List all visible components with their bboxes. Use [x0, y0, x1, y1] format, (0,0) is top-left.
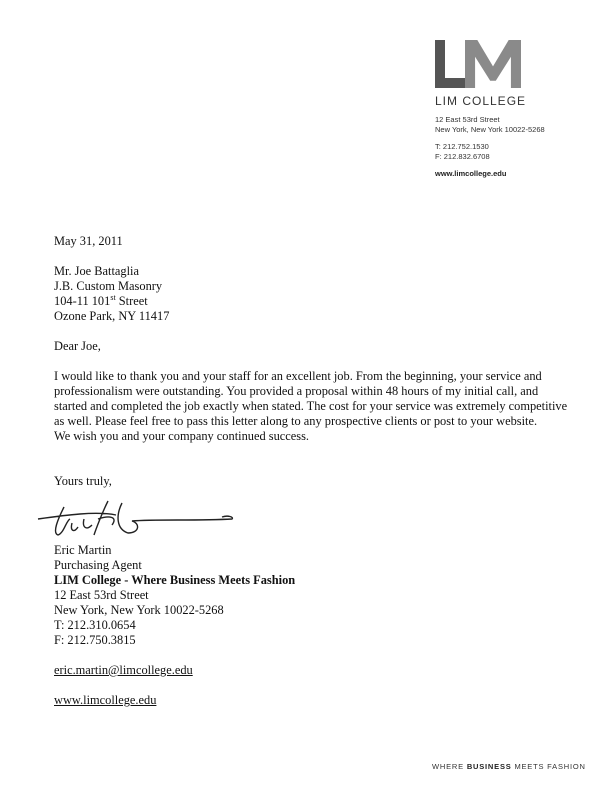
- letterhead-address-2: New York, New York 10022-5268: [435, 125, 585, 135]
- body-line: as well. Please feel free to pass this l…: [54, 414, 574, 429]
- sender-name: Eric Martin: [54, 543, 574, 558]
- letterhead-fax: F: 212.832.6708: [435, 152, 585, 162]
- signature-icon: [36, 489, 574, 543]
- letterhead: LIM COLLEGE 12 East 53rd Street New York…: [435, 40, 585, 178]
- recipient-street: 104-11 101st Street: [54, 294, 574, 309]
- sender-address-2: New York, New York 10022-5268: [54, 603, 574, 618]
- body-line: We wish you and your company continued s…: [54, 429, 574, 444]
- sender-fax: F: 212.750.3815: [54, 633, 574, 648]
- sender-address-1: 12 East 53rd Street: [54, 588, 574, 603]
- letterhead-phone: T: 212.752.1530: [435, 142, 585, 152]
- recipient-name: Mr. Joe Battaglia: [54, 264, 574, 279]
- letterhead-address-1: 12 East 53rd Street: [435, 115, 585, 125]
- sender-email-link[interactable]: eric.martin@limcollege.edu: [54, 663, 574, 678]
- body-line: I would like to thank you and your staff…: [54, 369, 574, 384]
- body-line: professionalism were outstanding. You pr…: [54, 384, 574, 399]
- closing: Yours truly,: [54, 474, 574, 489]
- recipient-company: J.B. Custom Masonry: [54, 279, 574, 294]
- sender-website-link[interactable]: www.limcollege.edu: [54, 693, 574, 708]
- sender-organization: LIM College - Where Business Meets Fashi…: [54, 573, 574, 588]
- sender-phone: T: 212.310.0654: [54, 618, 574, 633]
- letterhead-website: www.limcollege.edu: [435, 169, 585, 178]
- sender-title: Purchasing Agent: [54, 558, 574, 573]
- letter-body: May 31, 2011 Mr. Joe Battaglia J.B. Cust…: [54, 234, 574, 708]
- college-name: LIM COLLEGE: [435, 94, 585, 108]
- lim-logo-icon: [435, 40, 523, 88]
- letter-date: May 31, 2011: [54, 234, 574, 249]
- salutation: Dear Joe,: [54, 339, 574, 354]
- footer-tagline: WHERE BUSINESS MEETS FASHION: [432, 762, 586, 771]
- body-paragraph: I would like to thank you and your staff…: [54, 369, 574, 444]
- body-line: started and completed the job exactly wh…: [54, 399, 574, 414]
- recipient-city: Ozone Park, NY 11417: [54, 309, 574, 324]
